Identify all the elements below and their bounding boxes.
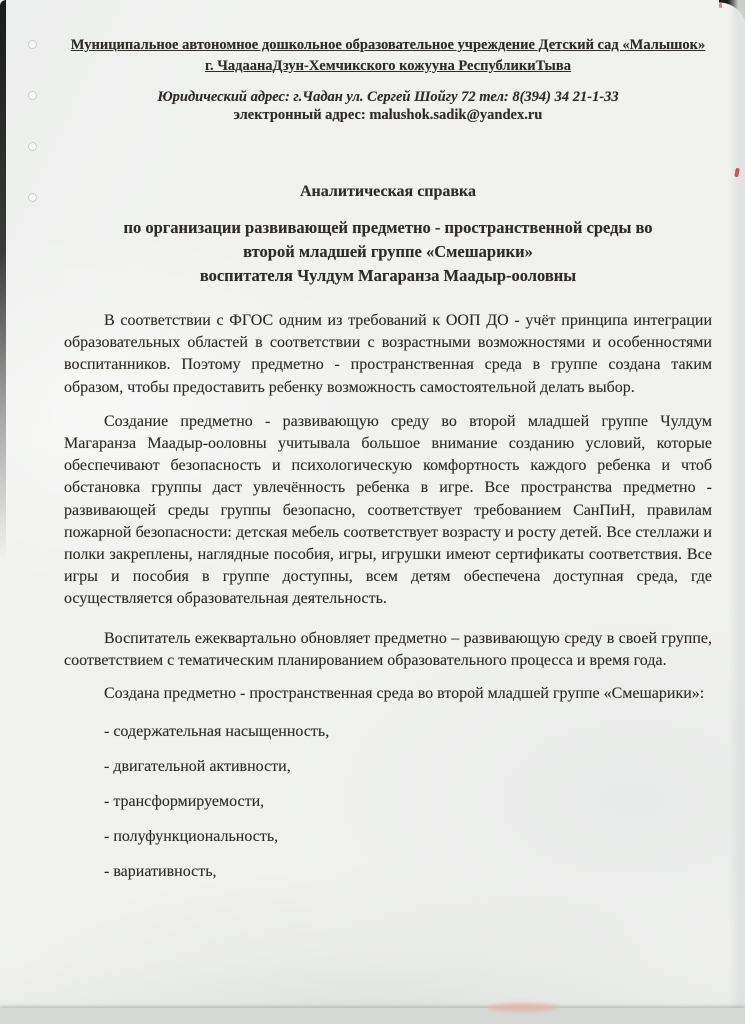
punch-hole-marks xyxy=(28,40,42,240)
subtitle-line-2: второй младшей группе «Смешарики» xyxy=(64,240,712,264)
organization-name-line2: г. ЧадаанаДзун-Хемчикского кожууна Респу… xyxy=(64,56,712,77)
scanner-edge-left xyxy=(0,0,6,560)
scanner-strip-bottom xyxy=(0,1008,745,1024)
scanned-document-page: Муниципальное автономное дошкольное обра… xyxy=(0,0,745,1024)
legal-address-line: Юридический адрес: г.Чадан ул. Сергей Шо… xyxy=(64,88,712,106)
list-item: - вариативность, xyxy=(64,861,712,883)
address-block: Юридический адрес: г.Чадан ул. Сергей Шо… xyxy=(64,88,712,124)
document-content: Муниципальное автономное дошкольное обра… xyxy=(64,0,712,896)
organization-name-line1: Муниципальное автономное дошкольное обра… xyxy=(64,35,712,56)
list-item: - содержательная насыщенность, xyxy=(64,721,712,743)
list-item: - двигательной активности, xyxy=(64,756,712,778)
subtitle-line-1: по организации развивающей предметно - п… xyxy=(64,216,712,240)
scanner-strip-right xyxy=(728,0,745,1024)
subtitle-line-3: воспитателя Чулдум Магаранза Маадыр-ооло… xyxy=(64,264,712,288)
list-item: - трансформируемости, xyxy=(64,791,712,813)
list-item: - полуфункциональность, xyxy=(64,826,712,848)
email-address-line: электронный адрес: malushok.sadik@yandex… xyxy=(64,106,712,124)
red-speck xyxy=(719,3,722,8)
document-title: Аналитическая справка xyxy=(64,181,712,203)
organization-header: Муниципальное автономное дошкольное обра… xyxy=(64,35,712,77)
body-paragraph: Создание предметно - развивающую среду в… xyxy=(64,411,712,611)
body-paragraph: Воспитатель ежеквартально обновляет пред… xyxy=(64,628,712,672)
environment-principles-list: - содержательная насыщенность, - двигате… xyxy=(64,721,712,883)
body-paragraph: В соответствии с ФГОС одним из требовани… xyxy=(64,310,712,399)
body-paragraph: Создана предметно - пространственная сре… xyxy=(64,683,712,705)
pink-crease-smudge xyxy=(488,1003,558,1012)
document-subtitle: по организации развивающей предметно - п… xyxy=(64,216,712,288)
